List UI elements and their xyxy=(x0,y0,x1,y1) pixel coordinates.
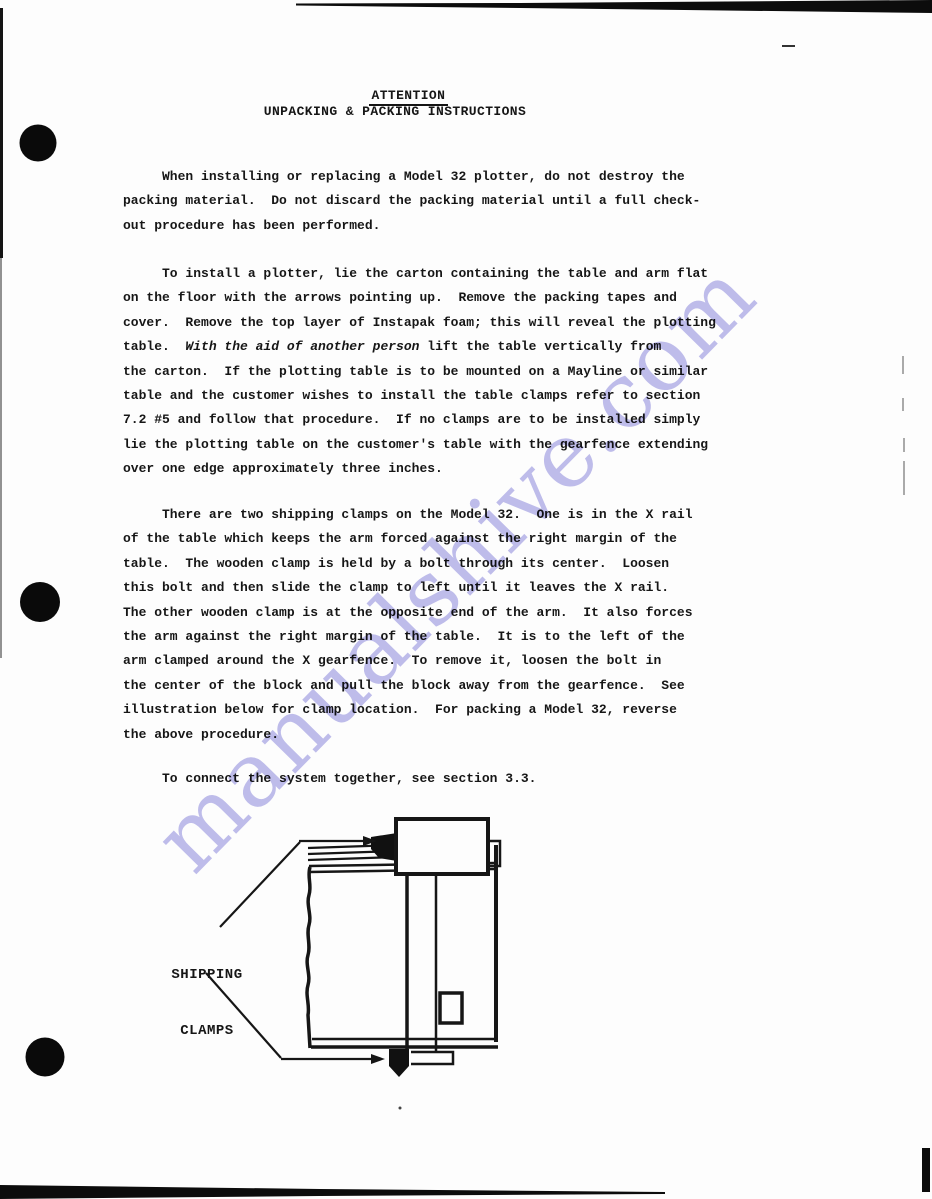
scan-edge-right xyxy=(922,1148,930,1192)
scan-edge-left-faint xyxy=(0,258,2,658)
paragraph-4: To connect the system together, see sect… xyxy=(123,767,763,791)
text-line: on the floor with the arrows pointing up… xyxy=(123,286,763,310)
text-line: the carton. If the plotting table is to … xyxy=(123,360,763,384)
page-subtitle: UNPACKING & PACKING INSTRUCTIONS xyxy=(0,104,790,119)
punch-hole xyxy=(20,125,57,162)
right-tab xyxy=(487,841,500,866)
x-rail-lines xyxy=(308,845,397,860)
text-line: The other wooden clamp is at the opposit… xyxy=(123,601,763,625)
text-line: over one edge approximately three inches… xyxy=(123,457,763,481)
callout-arrow-top xyxy=(220,836,377,927)
bottom-clamp-bracket xyxy=(411,1052,453,1064)
scan-edge-bottom xyxy=(0,1185,665,1199)
text-line-with-italic: table. With the aid of another person li… xyxy=(123,335,763,359)
carriage-box xyxy=(396,819,488,874)
text-line: cover. Remove the top layer of Instapak … xyxy=(123,311,763,335)
italic-text-fragment: With the aid of another person xyxy=(185,339,419,354)
arm-block xyxy=(440,993,462,1023)
paragraph-1: When installing or replacing a Model 32 … xyxy=(123,165,763,238)
paragraph-2: To install a plotter, lie the carton con… xyxy=(123,262,763,482)
label-line: CLAMPS xyxy=(146,1022,268,1041)
text-line: To install a plotter, lie the carton con… xyxy=(123,262,763,286)
label-line: SHIPPING xyxy=(146,966,268,985)
text-line: this bolt and then slide the clamp to le… xyxy=(123,576,763,600)
bottom-shipping-clamp xyxy=(389,1049,409,1077)
table-left-wavy-edge xyxy=(307,867,310,1048)
scan-speck-dot xyxy=(399,1107,402,1110)
table-top-edge xyxy=(309,863,494,866)
text-line: of the table which keeps the arm forced … xyxy=(123,527,763,551)
top-shipping-clamp xyxy=(371,833,397,861)
text-line: the center of the block and pull the blo… xyxy=(123,674,763,698)
paragraph-3: There are two shipping clamps on the Mod… xyxy=(123,503,763,747)
text-line: out procedure has been performed. xyxy=(123,214,763,238)
text-line: There are two shipping clamps on the Mod… xyxy=(123,503,763,527)
punch-hole xyxy=(26,1038,65,1077)
text-line: the arm against the right margin of the … xyxy=(123,625,763,649)
text-line: 7.2 #5 and follow that procedure. If no … xyxy=(123,408,763,432)
text-line: When installing or replacing a Model 32 … xyxy=(123,165,763,189)
punch-hole xyxy=(20,582,60,622)
scan-margin-marks xyxy=(903,356,904,495)
text-line: the above procedure. xyxy=(123,723,763,747)
text-fragment: table. xyxy=(123,339,185,354)
shipping-clamps-label: SHIPPING CLAMPS xyxy=(146,929,268,1077)
table-top-edge xyxy=(309,869,494,872)
text-line: illustration below for clamp location. F… xyxy=(123,698,763,722)
scan-edge-top xyxy=(296,0,932,13)
scanned-manual-page: ATTENTION UNPACKING & PACKING INSTRUCTIO… xyxy=(0,0,932,1199)
scan-edge-left xyxy=(0,8,3,258)
text-line: table. The wooden clamp is held by a bol… xyxy=(123,552,763,576)
arrowhead-icon xyxy=(371,1054,385,1064)
text-line: table and the customer wishes to install… xyxy=(123,384,763,408)
arrowhead-icon xyxy=(363,836,377,846)
text-line: packing material. Do not discard the pac… xyxy=(123,189,763,213)
text-line: arm clamped around the X gearfence. To r… xyxy=(123,649,763,673)
text-line: To connect the system together, see sect… xyxy=(123,767,763,791)
text-line: lie the plotting table on the customer's… xyxy=(123,433,763,457)
text-fragment: lift the table vertically from xyxy=(419,339,661,354)
